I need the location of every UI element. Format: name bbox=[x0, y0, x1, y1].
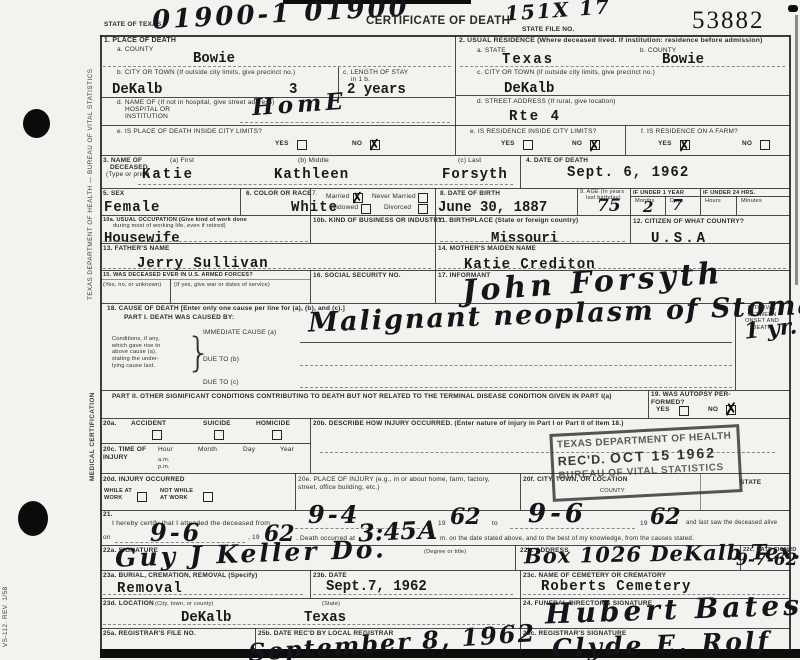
divorced-checkbox bbox=[418, 204, 428, 214]
date-signed-value: 9-7-62 bbox=[736, 552, 797, 569]
pod-yes-label: YES bbox=[275, 140, 289, 148]
length-of-stay-value: 2 years bbox=[347, 83, 406, 98]
pod-city-value: DeKalb bbox=[112, 83, 162, 98]
homicide-checkbox bbox=[272, 430, 282, 440]
armed-forces-note1: (Yes, no, or unknown) bbox=[103, 282, 161, 289]
divorced-label: Divorced bbox=[384, 204, 411, 212]
autopsy-yes-checkbox bbox=[679, 406, 689, 416]
location-label: 23d. LOCATION bbox=[103, 600, 154, 608]
middle-name-label: (b) Middle bbox=[298, 157, 329, 165]
hours-label: Hours bbox=[705, 198, 721, 205]
not-while-at-work-checkbox bbox=[203, 492, 213, 502]
married-label: Married bbox=[326, 193, 349, 201]
suicide-checkbox bbox=[214, 430, 224, 440]
handwritten-district-numbers: 151X 17 bbox=[504, 0, 611, 24]
sex-label: 5. SEX bbox=[103, 190, 124, 198]
widowed-checkbox bbox=[361, 204, 371, 214]
conditions-note: Conditions, if any, which gave rise to a… bbox=[112, 336, 160, 370]
day-label: Day bbox=[243, 446, 255, 454]
certify-yr2: 19 bbox=[640, 520, 648, 528]
place-of-death-title: 1. PLACE OF DEATH bbox=[104, 37, 176, 45]
immediate-cause-label: IMMEDIATE CAUSE (a) bbox=[203, 329, 276, 337]
accident-checkbox bbox=[152, 430, 162, 440]
hour-label: Hour bbox=[158, 446, 173, 454]
res-no-checkmark: ✗ bbox=[587, 138, 601, 154]
year-label: Year bbox=[280, 446, 294, 454]
institution-value-handwritten: HomE bbox=[251, 90, 347, 120]
due-to-b-label: DUE TO (b) bbox=[203, 356, 239, 364]
autopsy-yes-label: YES bbox=[656, 406, 670, 414]
res-no-label: NO bbox=[572, 140, 582, 148]
certify-yr1: 19 bbox=[438, 520, 446, 528]
hole-punch-top bbox=[23, 109, 50, 138]
farm-yes-label: YES bbox=[658, 140, 672, 148]
burial-date-value: Sept.7, 1962 bbox=[326, 580, 427, 595]
date-of-death-value: Sept. 6, 1962 bbox=[567, 166, 689, 181]
mother-label: 14. MOTHER'S MAIDEN NAME bbox=[438, 245, 536, 253]
usual-residence-title: 2. USUAL RESIDENCE (Where deceased lived… bbox=[459, 37, 763, 45]
to-year: 62 bbox=[650, 506, 681, 528]
farm-yes-checkmark: ✗ bbox=[677, 138, 691, 154]
place-of-death-county-value: Bowie bbox=[193, 52, 235, 67]
residence-city-label: c. CITY OR TOWN (If outside city limits,… bbox=[477, 69, 655, 77]
margin-dept-text: TEXAS DEPARTMENT OF HEALTH — BUREAU OF V… bbox=[88, 112, 94, 300]
citizen-label: 12. CITIZEN OF WHAT COUNTRY? bbox=[633, 218, 744, 226]
death-certificate-scan: TEXAS DEPARTMENT OF HEALTH — BUREAU OF V… bbox=[0, 0, 800, 660]
industry-label: 10b. KIND OF BUSINESS OR INDUSTRY bbox=[313, 217, 443, 225]
homicide-label: HOMICIDE bbox=[256, 420, 290, 428]
pod-city-limits-label: e. IS PLACE OF DEATH INSIDE CITY LIMITS? bbox=[117, 128, 262, 136]
not-while-at-work-label: NOT WHILE AT WORK bbox=[160, 488, 193, 501]
attended-from-date: 9-4 bbox=[308, 503, 360, 527]
scan-artifact-edge bbox=[795, 15, 798, 285]
birthplace-label: 11. BIRTHPLACE (State or foreign country… bbox=[438, 217, 578, 225]
last-name-label: (c) Last bbox=[458, 157, 481, 165]
autopsy-no-checkmark: ✗ bbox=[723, 401, 739, 419]
state-note: (State) bbox=[322, 601, 340, 608]
race-label: 6. COLOR OR RACE bbox=[246, 190, 312, 198]
residence-farm-label: f. IS RESIDENCE ON A FARM? bbox=[641, 128, 738, 136]
residence-city-limits-label: e. IS RESIDENCE INSIDE CITY LIMITS? bbox=[470, 128, 596, 136]
first-name-value: Katie bbox=[142, 168, 194, 183]
place-of-injury-label: 20e. PLACE OF INJURY (e.g., in or about … bbox=[298, 476, 490, 492]
injury-occurred-label: 20d. INJURY OCCURRED bbox=[103, 476, 185, 484]
margin-form-code: VS-112. REV. 1/58 bbox=[3, 552, 9, 647]
certify-part2: and last saw the deceased alive bbox=[686, 520, 777, 527]
certify-to-word: to bbox=[492, 520, 498, 528]
sex-value: Female bbox=[104, 201, 160, 216]
received-stamp: TEXAS DEPARTMENT OF HEALTH REC'D. OCT 15… bbox=[549, 424, 742, 502]
from-year: 62 bbox=[450, 506, 481, 528]
funeral-director-signature: Hubert Bates bbox=[545, 592, 800, 629]
age-value: 75 bbox=[597, 198, 621, 215]
first-name-label: (a) First bbox=[170, 157, 194, 165]
if-under-24-hrs-header: IF UNDER 24 HRS. bbox=[703, 190, 755, 197]
death-ampm-value: A bbox=[418, 518, 437, 543]
pod-no-label: NO bbox=[352, 140, 362, 148]
while-at-work-label: WHILE AT WORK bbox=[104, 488, 132, 501]
farm-no-checkbox bbox=[760, 140, 770, 150]
registrar-file-label: 25a. REGISTRAR'S FILE NO. bbox=[103, 630, 196, 638]
pm-label: p.m. bbox=[158, 464, 170, 471]
injury-state-label: STATE bbox=[740, 479, 761, 487]
state-file-no-label: STATE FILE NO. bbox=[522, 26, 574, 34]
hole-punch-bottom bbox=[18, 501, 48, 536]
stamp-recd: REC'D. bbox=[557, 452, 606, 468]
autopsy-no-label: NO bbox=[708, 406, 718, 414]
injury-20a-num: 20a. bbox=[103, 420, 116, 428]
marital-label: 7. bbox=[312, 190, 318, 198]
due-to-c-label: DUE TO (c) bbox=[203, 379, 239, 387]
degree-or-title-note: (Degree or title) bbox=[424, 549, 466, 556]
while-at-work-checkbox bbox=[137, 492, 147, 502]
middle-name-value: Kathleen bbox=[274, 168, 349, 183]
location-note: (City, town, or county) bbox=[155, 601, 214, 608]
describe-injury-label: 20b. DESCRIBE HOW INJURY OCCURRED. (Ente… bbox=[313, 420, 624, 428]
father-label: 13. FATHER'S NAME bbox=[103, 245, 170, 253]
part2-label: PART II. OTHER SIGNIFICANT CONDITIONS CO… bbox=[112, 393, 642, 401]
county-label: a. COUNTY bbox=[117, 46, 153, 54]
occupation-label2: during most of working life, even if ret… bbox=[113, 223, 226, 230]
time-of-injury-label: 20c. TIME OF INJURY bbox=[103, 446, 146, 462]
res-yes-label: YES bbox=[501, 140, 515, 148]
burial-label: 23a. BURIAL, CREMATION, REMOVAL (Specify… bbox=[103, 572, 257, 580]
months-value: 2 bbox=[643, 200, 653, 215]
institution-label3: INSTITUTION bbox=[125, 113, 168, 121]
conditions-brace: } bbox=[186, 333, 211, 373]
scan-artifact-dot bbox=[788, 5, 798, 12]
autopsy-label: 19. WAS AUTOPSY PER- FORMED? bbox=[651, 391, 731, 407]
accident-label: ACCIDENT bbox=[131, 420, 166, 428]
margin-medical-certification-text: MEDICAL CERTIFICATION bbox=[90, 386, 96, 481]
physician-signature: Guy J Keller Do. bbox=[115, 536, 387, 570]
armed-forces-label: 15. WAS DECEASED EVER IN U.S. ARMED FORC… bbox=[103, 272, 253, 279]
minutes-label: Minutes bbox=[741, 198, 762, 205]
days-value: 7 bbox=[672, 198, 682, 213]
certify-on-word: on bbox=[103, 534, 111, 542]
pod-no-checkmark: ✗ bbox=[367, 137, 381, 153]
street-address-label: d. STREET ADDRESS (If rural, give locati… bbox=[477, 98, 616, 106]
date-of-birth-label: 8. DATE OF BIRTH bbox=[440, 190, 500, 198]
pod-yes-checkbox bbox=[297, 140, 307, 150]
never-married-label: Never Married bbox=[372, 193, 416, 201]
interval-value: 1 yr. bbox=[743, 315, 798, 342]
part1-label: PART I. DEATH WAS CAUSED BY: bbox=[124, 314, 234, 322]
certify-num: 21. bbox=[103, 511, 113, 519]
month-label: Month bbox=[198, 446, 217, 454]
am-label: a.m. bbox=[158, 457, 170, 464]
attended-to-date: 9-6 bbox=[528, 501, 587, 527]
certificate-title: CERTIFICATE OF DEATH bbox=[366, 15, 510, 29]
ssn-label: 16. SOCIAL SECURITY NO. bbox=[313, 272, 401, 280]
widowed-label: Widowed bbox=[330, 204, 358, 212]
last-name-value: Forsyth bbox=[442, 168, 508, 183]
registrar-signature: Clyde E. Rolf bbox=[552, 628, 772, 660]
armed-forces-note2: (If yes, give war or dates of service) bbox=[174, 282, 270, 289]
never-married-checkbox bbox=[418, 193, 428, 203]
street-address-value: Rte 4 bbox=[509, 110, 561, 125]
date-of-birth-value: June 30, 1887 bbox=[438, 201, 547, 216]
farm-no-label: NO bbox=[742, 140, 752, 148]
res-yes-checkbox bbox=[523, 140, 533, 150]
suicide-label: SUICIDE bbox=[203, 420, 231, 428]
citizen-value: U.S.A bbox=[651, 232, 708, 247]
state-file-number: 53882 bbox=[692, 7, 765, 35]
pod-city-label: b. CITY OR TOWN (If outside city limits,… bbox=[117, 69, 295, 77]
